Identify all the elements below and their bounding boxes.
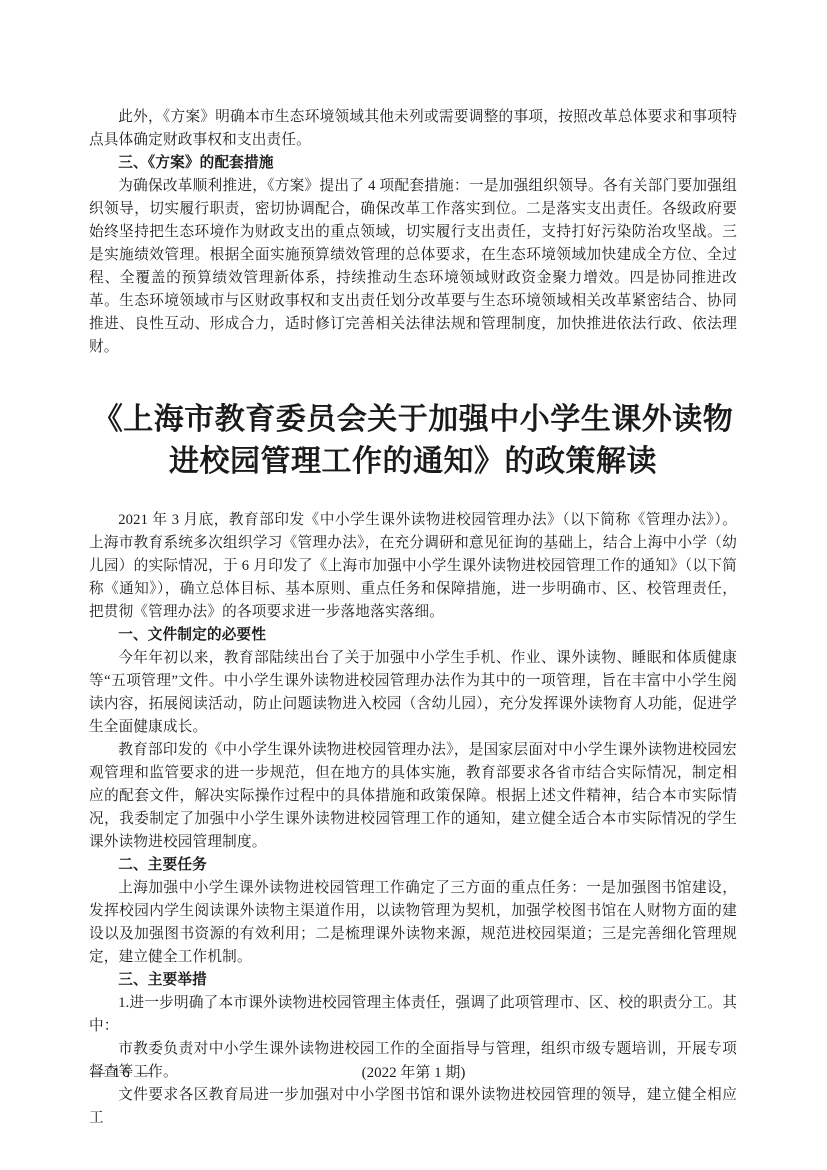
section-3-paragraph: 1.进一步明确了本市课外读物进校园管理主体责任，强调了此项管理市、区、校的职责分… xyxy=(89,992,737,1038)
section-heading-2: 二、主要任务 xyxy=(89,854,737,877)
section-3-paragraph: 文件要求各区教育局进一步加强对中小学图书馆和课外读物进校园管理的领导，建立健全相… xyxy=(89,1084,737,1130)
footer-issue-label: (2022 年第 1 期) xyxy=(0,1061,827,1085)
section-heading-1: 一、文件制定的必要性 xyxy=(89,624,737,647)
section-1-paragraph: 今年年初以来，教育部陆续出台了关于加强中小学生手机、作业、课外读物、睡眠和体质健… xyxy=(89,647,737,739)
section-1-paragraph: 教育部印发的《中小学生课外读物进校园管理办法》，是国家层面对中小学生课外读物进校… xyxy=(89,739,737,854)
article-intro-paragraph: 2021 年 3 月底，教育部印发《中小学生课外读物进校园管理办法》（以下简称《… xyxy=(89,509,737,624)
prev-article-section-heading: 三、《方案》的配套措施 xyxy=(89,152,737,175)
article-title: 《上海市教育委员会关于加强中小学生课外读物 进校园管理工作的通知》的政策解读 xyxy=(89,399,737,483)
prev-article-paragraph: 此外，《方案》明确本市生态环境领域其他未列或需要调整的事项，按照改革总体要求和事… xyxy=(89,106,737,152)
article-title-line-2: 进校园管理工作的通知》的政策解读 xyxy=(89,441,737,483)
article-title-line-1: 《上海市教育委员会关于加强中小学生课外读物 xyxy=(89,399,737,441)
document-page: 此外，《方案》明确本市生态环境领域其他未列或需要调整的事项，按照改革总体要求和事… xyxy=(0,0,827,1170)
prev-article-paragraph: 为确保改革顺利推进，《方案》提出了 4 项配套措施：一是加强组织领导。各有关部门… xyxy=(89,175,737,359)
page-content: 此外，《方案》明确本市生态环境领域其他未列或需要调整的事项，按照改革总体要求和事… xyxy=(89,106,737,1130)
section-2-paragraph: 上海加强中小学生课外读物进校园管理工作确定了三方面的重点任务：一是加强图书馆建设… xyxy=(89,877,737,969)
page-footer: — 16 — (2022 年第 1 期) xyxy=(0,1061,827,1085)
section-heading-3: 三、主要举措 xyxy=(89,969,737,992)
